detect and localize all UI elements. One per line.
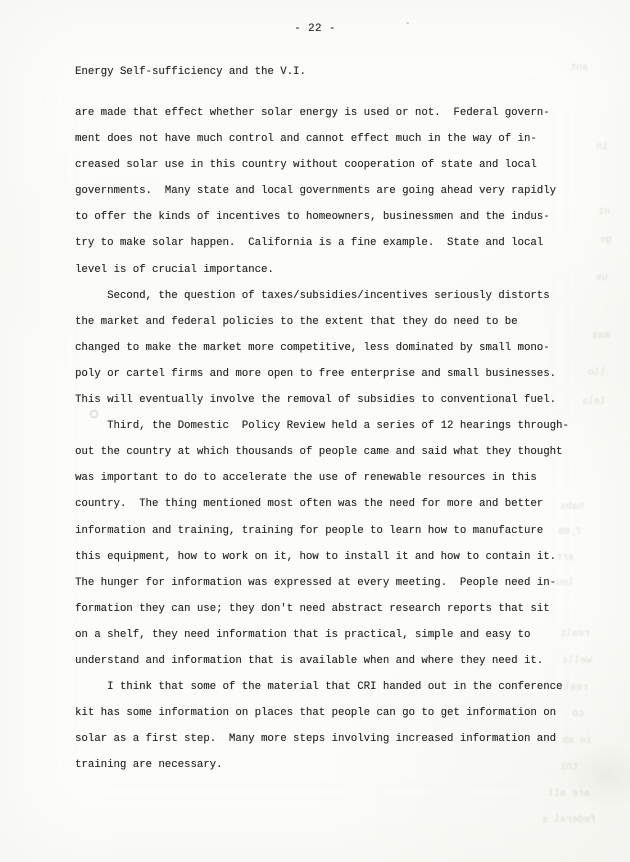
page-number: - 22 - [0, 21, 630, 37]
body-line: creased solar use in this country withou… [75, 152, 585, 178]
body-line: This will eventually involve the removal… [75, 387, 585, 413]
body-line: Third, the Domestic Policy Review held a… [75, 413, 585, 439]
bleedthrough-mark: us [596, 274, 608, 284]
bleedthrough-mark: lels [582, 398, 606, 408]
body-line: solar as a first step. Many more steps i… [75, 726, 585, 752]
body-line: are made that effect whether solar energ… [75, 100, 585, 126]
body-line: governments. Many state and local govern… [75, 178, 585, 204]
body-line: The hunger for information was expressed… [75, 570, 585, 596]
body-line: this equipment, how to work on it, how t… [75, 544, 585, 570]
document-body: are made that effect whether solar energ… [75, 100, 585, 778]
body-line: formation they can use; they don't need … [75, 596, 585, 622]
bleedthrough-mark: federal s [542, 816, 596, 826]
body-line: changed to make the market more competit… [75, 335, 585, 361]
bleedthrough-mark: mas [592, 332, 610, 342]
body-line: level is of crucial importance. [75, 257, 585, 283]
bleedthrough-mark: are all [548, 790, 590, 800]
bleedthrough-mark: ant [570, 64, 588, 74]
bleedthrough-mark: in [596, 143, 608, 153]
scan-artifact-ring [90, 410, 98, 418]
body-line: was important to do to accelerate the us… [75, 465, 585, 491]
scanned-document: { "page": { "number_label": "- 22 -", "h… [0, 0, 630, 862]
body-line: ment does not have much control and cann… [75, 126, 585, 152]
body-line: information and training, training for p… [75, 518, 585, 544]
body-line: on a shelf, they need information that i… [75, 622, 585, 648]
bleedthrough-mark: nt [598, 208, 610, 218]
body-line: I think that some of the material that C… [75, 674, 585, 700]
document-page: - 22 - Energy Self-sufficiency and the V… [0, 0, 630, 862]
body-line: to offer the kinds of incentives to home… [75, 204, 585, 230]
scan-artifact-speck [406, 22, 409, 24]
body-line: poly or cartel firms and more open to fr… [75, 361, 585, 387]
bleedthrough-mark: llo [588, 369, 606, 379]
body-line: Second, the question of taxes/subsidies/… [75, 283, 585, 309]
body-line: try to make solar happen. California is … [75, 230, 585, 256]
body-line: country. The thing mentioned most often … [75, 491, 585, 517]
bleedthrough-mark: ge [600, 236, 612, 246]
body-line: kit has some information on places that … [75, 700, 585, 726]
body-line: training are necessary. [75, 752, 585, 778]
document-heading: Energy Self-sufficiency and the V.I. [75, 66, 306, 79]
body-line: out the country at which thousands of pe… [75, 439, 585, 465]
body-line: understand and information that is avail… [75, 648, 585, 674]
body-line: the market and federal policies to the e… [75, 309, 585, 335]
